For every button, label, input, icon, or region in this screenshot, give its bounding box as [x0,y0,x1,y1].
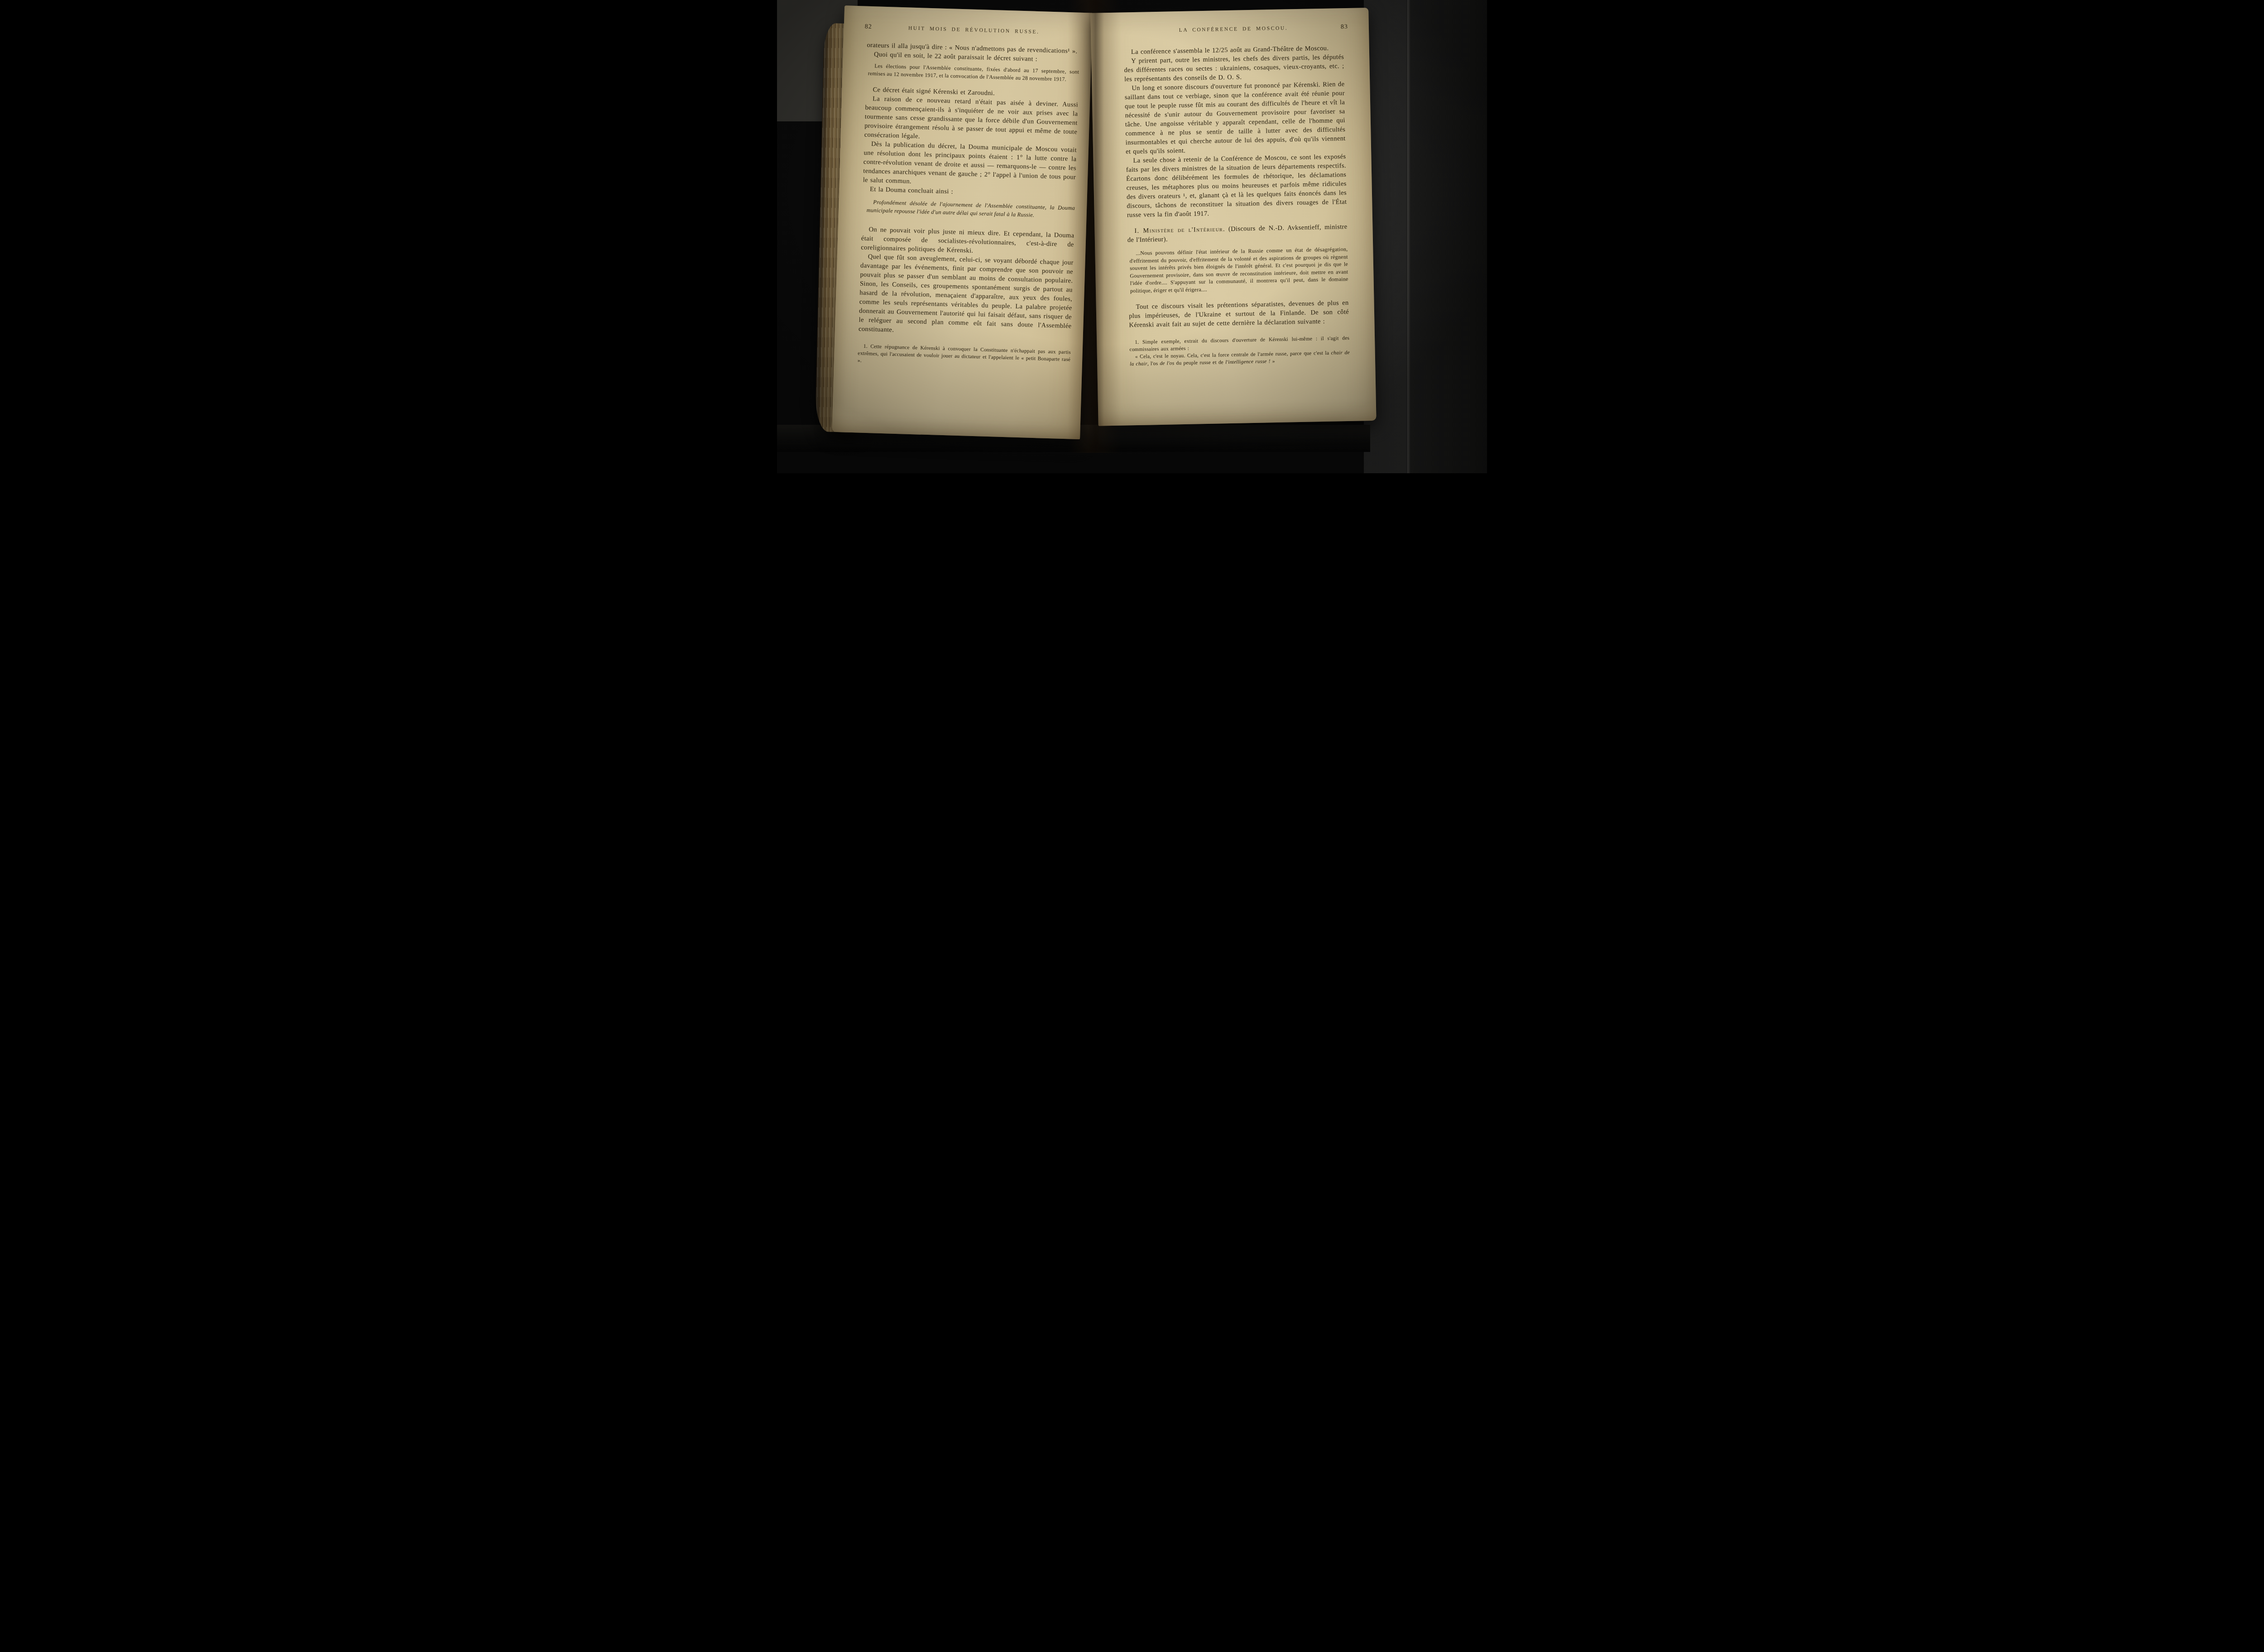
paragraph: Tout ce discours visait les prétentions … [1129,298,1349,330]
paragraph: Dès la publication du décret, la Douma m… [863,139,1077,191]
running-header: LA CONFÉRENCE DE MOSCOU. [1123,24,1343,34]
left-page: 82 HUIT MOIS DE RÉVOLUTION RUSSE. orateu… [832,5,1093,439]
page-number: 82 [865,24,872,31]
open-book: 82 HUIT MOIS DE RÉVOLUTION RUSSE. orateu… [777,0,1487,473]
footnote-quote-segment: » [1272,359,1275,364]
paragraph: Un long et sonore discours d'ouverture f… [1124,80,1346,156]
section-heading-smallcaps: I. Ministère de l'Intérieur. [1134,226,1225,235]
right-page-header: LA CONFÉRENCE DE MOSCOU. 83 [1123,24,1343,38]
paragraph: Y prirent part, outre les ministres, les… [1124,53,1344,84]
left-page-header: 82 HUIT MOIS DE RÉVOLUTION RUSSE. [867,24,1080,40]
paragraph: La seule chose à retenir de la Conférenc… [1126,152,1347,220]
right-page-content: LA CONFÉRENCE DE MOSCOU. 83 La conférenc… [1090,8,1375,372]
footnote-quote-segment-italic: l'intelligence russe ! [1225,359,1272,365]
running-header: HUIT MOIS DE RÉVOLUTION RUSSE. [868,24,1080,36]
footnote: 1. Simple exemple, extrait du discours d… [1129,335,1350,368]
section-heading: I. Ministère de l'Intérieur. (Discours d… [1127,222,1348,245]
minister-quote: ...Nous pouvons définir l'état intérieur… [1129,245,1348,294]
left-page-content: 82 HUIT MOIS DE RÉVOLUTION RUSSE. orateu… [834,5,1093,375]
page-number: 83 [1341,24,1348,31]
footnote-quote-segment: , l'os [1147,361,1160,367]
footnote: 1. Cette répugnance de Kérenski à convoq… [858,342,1071,370]
right-page: LA CONFÉRENCE DE MOSCOU. 83 La conférenc… [1090,8,1376,426]
paragraph: Quel que fût son aveuglement, celui-ci, … [859,252,1074,340]
footnote-quote-segment-italic: de l'os [1160,360,1174,366]
douma-resolution-quote: Profondément désolée de l'ajournement de… [867,198,1075,221]
footnote-quote-segment: du peuple russe et de [1174,360,1225,366]
paragraph: La raison de ce nouveau retard n'était p… [864,94,1078,146]
footnote-text: 1. Cette répugnance de Kérenski à convoq… [858,342,1071,370]
scene: 82 HUIT MOIS DE RÉVOLUTION RUSSE. orateu… [777,0,1487,473]
decree-quote: Les élections pour l'Assemblée constitua… [868,62,1079,83]
